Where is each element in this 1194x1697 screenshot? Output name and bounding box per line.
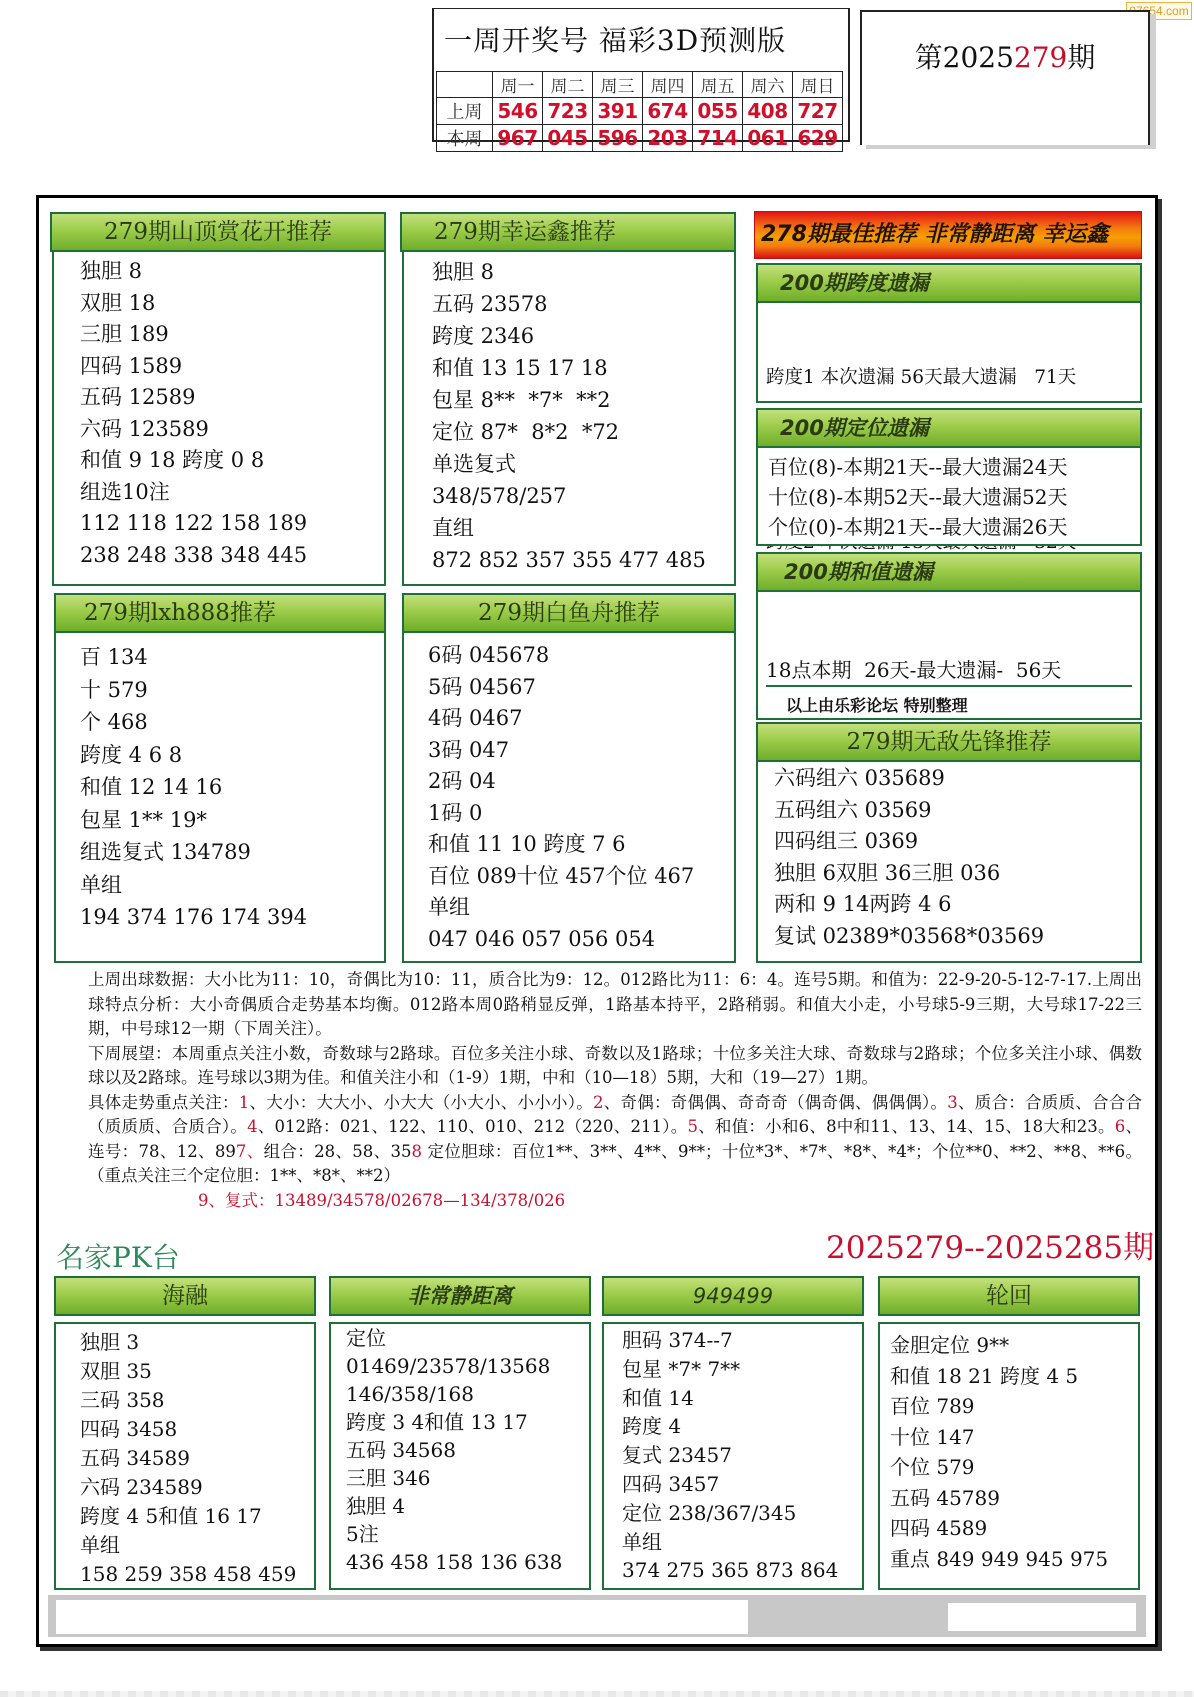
list-item: 独胆 8 xyxy=(80,256,307,288)
list-item: 和值 11 10 跨度 7 6 xyxy=(428,829,694,861)
day-header-row: 周一 周二 周三 周四 周五 周六 周日 xyxy=(437,72,843,98)
issue-range: 2025279--2025285期 xyxy=(826,1222,1154,1267)
list-item: 5码 04567 xyxy=(428,672,694,704)
next-week-outlook: 下周展望：本周重点关注小数，奇数球与2路球。百位多关注小球、奇数以及1路球；十位… xyxy=(52,1042,1142,1091)
list-item: 六码 123589 xyxy=(80,414,307,446)
item-text: 组合：28、58、35 xyxy=(264,1142,412,1161)
list-item: 十位(8)-本期52天--最大遗漏52天 xyxy=(768,482,1068,512)
item-text: 、012路：021、122、110、010、212（220、211）。 xyxy=(258,1117,688,1136)
list-item: 独胆 8 xyxy=(432,256,706,288)
item-text: 、大小：大大小、小大大（小大小、小小小）。 xyxy=(249,1093,593,1112)
list-item: 包星 *7* 7** xyxy=(622,1355,838,1384)
list-item: 单组 xyxy=(428,892,694,924)
draw-number: 629 xyxy=(793,125,843,152)
item-number: 1 xyxy=(239,1093,250,1112)
pk-hairong-lines: 独胆 3 双胆 35 三码 358 四码 3458 五码 34589 六码 23… xyxy=(80,1328,296,1589)
item-number: 3 xyxy=(947,1093,958,1112)
list-item: 单组 xyxy=(80,869,307,902)
list-item: 6码 045678 xyxy=(428,640,694,672)
list-item: 定位 238/367/345 xyxy=(622,1499,838,1528)
list-item: 5注 xyxy=(346,1520,562,1548)
list-item: 百位(8)-本期21天--最大遗漏24天 xyxy=(768,452,1068,482)
pk-section-title: 名家PK台 xyxy=(56,1236,180,1276)
list-item: 348/578/257 xyxy=(432,480,706,512)
wudi-lines: 六码组六 035689 五码组六 03569 四码组三 0369 独胆 6双胆 … xyxy=(774,763,1044,952)
pk-949499-lines: 胆码 374--7 包星 *7* 7** 和值 14 跨度 4 复式 23457… xyxy=(622,1326,838,1585)
list-item: 18点本期 26天-最大遗漏- 56天 xyxy=(766,655,1061,685)
list-item: 四码 1589 xyxy=(80,351,307,383)
list-item: 十 579 xyxy=(80,674,307,707)
trend-focus: 具体走势重点关注：1、大小：大大小、小大大（小大小、小小小）。2、奇偶：奇偶偶、… xyxy=(52,1091,1142,1189)
row-label: 上周 xyxy=(437,98,493,125)
credit-note: 以上由乐彩论坛 特别整理 xyxy=(786,693,968,716)
list-item: 百 134 xyxy=(80,641,307,674)
panel-header-baiyuzhou: 279期白鱼舟推荐 xyxy=(402,593,736,633)
list-item: 个位(0)-本期21天--最大遗漏26天 xyxy=(768,512,1068,542)
panel-header-lxh888: 279期lxh888推荐 xyxy=(54,593,386,633)
panel-header-hezhi-omit: 200期和值遗漏 xyxy=(756,552,1142,592)
list-item: 和值 9 18 跨度 0 8 xyxy=(80,445,307,477)
draw-number: 674 xyxy=(643,98,693,125)
last-week-row: 上周 546 723 391 674 055 408 727 xyxy=(437,98,843,125)
list-item: 872 852 357 355 477 485 xyxy=(432,544,706,576)
this-week-row: 本周 967 045 596 203 714 061 629 xyxy=(437,125,843,152)
item-number: 8 xyxy=(411,1142,422,1161)
list-item: 3码 047 xyxy=(428,735,694,767)
list-item: 单组 xyxy=(622,1528,838,1557)
issue-suffix: 期 xyxy=(1067,41,1095,74)
list-item: 五码 12589 xyxy=(80,382,307,414)
day-header: 周二 xyxy=(543,72,593,98)
footer-bar xyxy=(48,1595,1146,1637)
compound-recommend: 9、复式：13489/34578/02678—134/378/026 xyxy=(52,1189,1142,1214)
draw-number: 391 xyxy=(593,98,643,125)
row-label: 本周 xyxy=(437,125,493,152)
list-item: 单组 xyxy=(80,1531,296,1560)
list-item: 重点 849 949 945 975 xyxy=(890,1544,1108,1575)
best-recommend-header: 278期最佳推荐 非常静距离 幸运鑫 xyxy=(754,211,1142,259)
trend-intro: 具体走势重点关注： xyxy=(88,1093,239,1112)
list-item: 2码 04 xyxy=(428,766,694,798)
list-item: 五码 34568 xyxy=(346,1436,562,1464)
last-week-analysis: 上周出球数据：大小比为11：10，奇偶比为10：11，质合比为9：12。012路… xyxy=(52,968,1142,1042)
list-item: 六码组六 035689 xyxy=(774,763,1044,795)
list-item: 组选10注 xyxy=(80,477,307,509)
list-item: 158 259 358 458 459 xyxy=(80,1560,296,1589)
list-item: 和值 12 14 16 xyxy=(80,771,307,804)
item-number: 5 xyxy=(687,1117,698,1136)
list-item: 独胆 3 xyxy=(80,1328,296,1357)
dingwei-omit-lines: 百位(8)-本期21天--最大遗漏24天 十位(8)-本期52天--最大遗漏52… xyxy=(768,452,1068,542)
item-number: 7、 xyxy=(236,1142,264,1161)
list-item: 047 046 057 056 054 xyxy=(428,924,694,956)
list-item: 金胆定位 9** xyxy=(890,1330,1108,1361)
list-item: 374 275 365 873 864 xyxy=(622,1556,838,1585)
list-item: 定位 87* 8*2 *72 xyxy=(432,416,706,448)
draw-number: 203 xyxy=(643,125,693,152)
list-item: 和值 13 15 17 18 xyxy=(432,352,706,384)
list-item: 112 118 122 158 189 xyxy=(80,508,307,540)
day-header: 周五 xyxy=(693,72,743,98)
list-item: 三码 358 xyxy=(80,1386,296,1415)
list-item: 个位 579 xyxy=(890,1452,1108,1483)
list-item: 四码 3458 xyxy=(80,1415,296,1444)
issue-number: 第2025279期 xyxy=(862,36,1148,76)
day-header: 周四 xyxy=(643,72,693,98)
issue-prefix: 第2025 xyxy=(915,41,1014,74)
list-item: 四码 3457 xyxy=(622,1470,838,1499)
draw-number: 061 xyxy=(743,125,793,152)
item-number: 2 xyxy=(593,1093,604,1112)
list-item: 复式 23457 xyxy=(622,1441,838,1470)
list-item: 单选复式 xyxy=(432,448,706,480)
item-number: 4 xyxy=(247,1117,258,1136)
weekly-draw-box: 一周开奖号 福彩3D预测版 周一 周二 周三 周四 周五 周六 周日 上周 54… xyxy=(432,8,850,142)
list-item: 四码 4589 xyxy=(890,1513,1108,1544)
list-item: 独胆 4 xyxy=(346,1492,562,1520)
list-item: 包星 1** 19* xyxy=(80,804,307,837)
list-item: 4码 0467 xyxy=(428,703,694,735)
list-item: 两和 9 14两跨 4 6 xyxy=(774,889,1044,921)
panel-header-xingyunxin: 279期幸运鑫推荐 xyxy=(400,212,736,252)
list-item: 跨度 4 5和值 16 17 xyxy=(80,1502,296,1531)
panel-header-kuadu-omit: 200期跨度遗漏 xyxy=(756,263,1142,303)
draw-number: 723 xyxy=(543,98,593,125)
day-header: 周一 xyxy=(493,72,543,98)
list-item: 独胆 6双胆 36三胆 036 xyxy=(774,858,1044,890)
list-item: 十位 147 xyxy=(890,1422,1108,1453)
list-item: 146/358/168 xyxy=(346,1380,562,1408)
list-item: 238 248 338 348 445 xyxy=(80,540,307,572)
list-item: 组选复式 134789 xyxy=(80,836,307,869)
pk-header-lunhui: 轮回 xyxy=(878,1276,1140,1316)
lxh888-lines: 百 134 十 579 个 468 跨度 4 6 8 和值 12 14 16 包… xyxy=(80,641,307,934)
issue-box: 第2025279期 xyxy=(860,10,1150,145)
list-item: 五码组六 03569 xyxy=(774,795,1044,827)
draw-number: 055 xyxy=(693,98,743,125)
list-item: 直组 xyxy=(432,512,706,544)
pk-lunhui-lines: 金胆定位 9** 和值 18 21 跨度 4 5 百位 789 十位 147 个… xyxy=(890,1330,1108,1574)
list-item: 复试 02389*03568*03569 xyxy=(774,921,1044,953)
list-item: 定位 xyxy=(346,1324,562,1352)
list-item: 跨度1 本次遗漏 56天最大遗漏 71天 xyxy=(766,364,1076,392)
pk-feichang-lines: 定位 01469/23578/13568 146/358/168 跨度 3 4和… xyxy=(346,1324,562,1576)
shanding-lines: 独胆 8 双胆 18 三胆 189 四码 1589 五码 12589 六码 12… xyxy=(80,256,307,571)
list-item: 包星 8** *7* **2 xyxy=(432,384,706,416)
day-header: 周日 xyxy=(793,72,843,98)
list-item: 和值 18 21 跨度 4 5 xyxy=(890,1361,1108,1392)
list-item: 四码组三 0369 xyxy=(774,826,1044,858)
list-item: 百位 789 xyxy=(890,1391,1108,1422)
footer-blank-left xyxy=(56,1600,748,1634)
list-item: 三胆 189 xyxy=(80,319,307,351)
draw-number: 408 xyxy=(743,98,793,125)
page-bottom-edge xyxy=(0,1691,1194,1697)
footer-blank-right xyxy=(948,1603,1136,1631)
list-item: 五码 45789 xyxy=(890,1483,1108,1514)
pk-header-hairong: 海融 xyxy=(54,1276,316,1316)
xingyunxin-lines: 独胆 8 五码 23578 跨度 2346 和值 13 15 17 18 包星 … xyxy=(432,256,706,576)
list-item: 五码 34589 xyxy=(80,1444,296,1473)
item-text: 、和值：小和6、8中和11、13、14、15、18大和23。 xyxy=(698,1117,1115,1136)
panel-header-dingwei-omit: 200期定位遗漏 xyxy=(756,408,1142,448)
list-item: 跨度 2346 xyxy=(432,320,706,352)
divider xyxy=(766,685,1132,687)
panel-header-shanding: 279期山顶赏花开推荐 xyxy=(50,212,386,252)
panel-header-wudi: 279期无敌先锋推荐 xyxy=(756,722,1142,762)
list-item: 双胆 35 xyxy=(80,1357,296,1386)
list-item: 和值 14 xyxy=(622,1384,838,1413)
pk-header-feichang: 非常静距离 xyxy=(329,1276,591,1316)
list-item: 1码 0 xyxy=(428,798,694,830)
list-item: 跨度 3 4和值 13 17 xyxy=(346,1408,562,1436)
analysis-section: 上周出球数据：大小比为11：10，奇偶比为10：11，质合比为9：12。012路… xyxy=(52,968,1142,1213)
day-header: 周六 xyxy=(743,72,793,98)
list-item: 跨度 4 6 8 xyxy=(80,739,307,772)
list-item: 五码 23578 xyxy=(432,288,706,320)
weekly-draw-table: 周一 周二 周三 周四 周五 周六 周日 上周 546 723 391 674 … xyxy=(436,71,843,152)
item-number: 6 xyxy=(1115,1117,1126,1136)
list-item: 双胆 18 xyxy=(80,288,307,320)
draw-number: 546 xyxy=(493,98,543,125)
draw-number: 045 xyxy=(543,125,593,152)
list-item: 01469/23578/13568 xyxy=(346,1352,562,1380)
draw-number: 727 xyxy=(793,98,843,125)
draw-number: 714 xyxy=(693,125,743,152)
item-text: 、奇偶：奇偶偶、奇奇奇（偶奇偶、偶偶偶）。 xyxy=(604,1093,948,1112)
pk-header-949499: 949499 xyxy=(602,1276,864,1316)
list-item: 六码 234589 xyxy=(80,1473,296,1502)
issue-highlight: 279 xyxy=(1014,41,1067,74)
list-item: 百位 089十位 457个位 467 xyxy=(428,861,694,893)
list-item: 194 374 176 174 394 xyxy=(80,901,307,934)
list-item: 436 458 158 136 638 xyxy=(346,1548,562,1576)
list-item: 胆码 374--7 xyxy=(622,1326,838,1355)
list-item: 三胆 346 xyxy=(346,1464,562,1492)
list-item: 个 468 xyxy=(80,706,307,739)
corner-cell xyxy=(437,72,493,98)
draw-number: 596 xyxy=(593,125,643,152)
list-item: 跨度 4 xyxy=(622,1412,838,1441)
page-title: 一周开奖号 福彩3D预测版 xyxy=(444,19,786,59)
day-header: 周三 xyxy=(593,72,643,98)
draw-number: 967 xyxy=(493,125,543,152)
baiyuzhou-lines: 6码 045678 5码 04567 4码 0467 3码 047 2码 04 … xyxy=(428,640,694,955)
